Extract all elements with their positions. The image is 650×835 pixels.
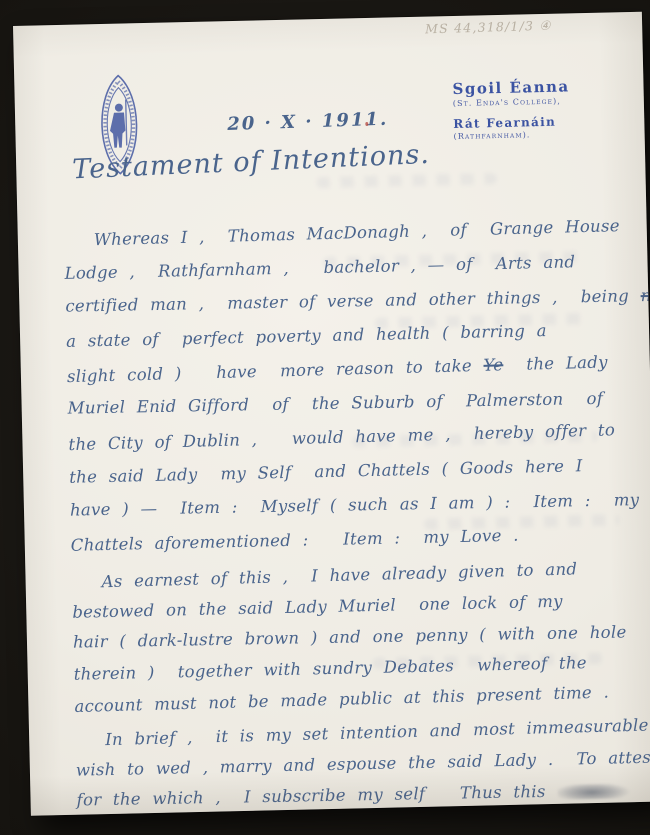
letter-date: 20 · X · 1911. (227, 109, 389, 135)
signature-text: MacDonagh . (643, 778, 650, 799)
line-text: for the which , I subscribe my self Thus… (76, 782, 557, 810)
photograph-background: MS 44,318/1/3 ④ Sgoil Éanna (St. Enda's … (0, 0, 650, 835)
paragraph-whereas: Whereas I , Thomas MacDonagh , of Grange… (63, 210, 630, 563)
letter-page: MS 44,318/1/3 ④ Sgoil Éanna (St. Enda's … (13, 12, 650, 816)
line-text: certified man , master of verse and othe… (65, 286, 641, 316)
ink-smudge (557, 783, 643, 800)
paragraph-earnest: As earnest of this , I have already give… (71, 553, 633, 721)
school-name-english: (St. Enda's College), (453, 96, 570, 108)
letterhead: Sgoil Éanna (St. Enda's College), Rát Fe… (452, 77, 570, 141)
archive-reference: MS 44,318/1/3 ④ (425, 15, 635, 36)
line-text: slight cold ) have more reason to take (67, 356, 484, 386)
paragraph-intention: In brief , it is my set intention and mo… (75, 711, 636, 816)
struck-word: Ye (483, 355, 503, 375)
school-name-irish: Sgoil Éanna (452, 77, 570, 98)
place-name-irish: Rát Fearnáin (453, 114, 570, 131)
struck-word: now (640, 285, 650, 305)
letter-body: Whereas I , Thomas MacDonagh , of Grange… (63, 210, 635, 816)
ink-bleedthrough (317, 173, 497, 188)
place-name-english: (Rathfarnham). (454, 129, 571, 141)
line-text: the Lady (503, 352, 608, 374)
red-ink-dot (365, 122, 368, 126)
